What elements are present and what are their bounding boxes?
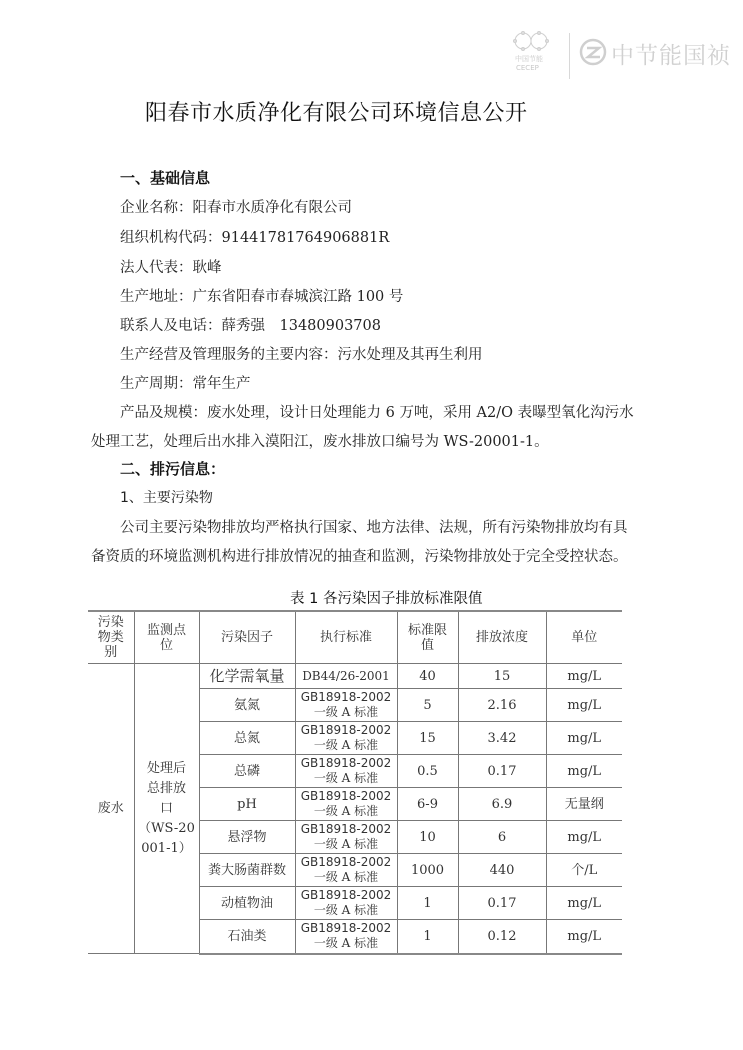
- field-company-name: 企业名称：阳春市水质净化有限公司: [120, 196, 352, 217]
- cell-factor: 动植物油: [199, 887, 295, 920]
- cell-standard: GB18918-2002一级 A 标准: [295, 854, 397, 887]
- cell-factor: 总磷: [199, 755, 295, 788]
- cell-unit: 无量纲: [546, 788, 622, 821]
- field-production-cycle: 生产周期：常年生产: [120, 372, 251, 393]
- cell-concentration: 0.17: [458, 887, 546, 920]
- cell-factor: 石油类: [199, 920, 295, 954]
- cell-unit: mg/L: [546, 722, 622, 755]
- cell-concentration: 440: [458, 854, 546, 887]
- cell-concentration: 2.16: [458, 689, 546, 722]
- cell-limit: 1000: [397, 854, 458, 887]
- field-label: 生产经营及管理服务的主要内容：: [120, 347, 338, 363]
- field-legal-rep: 法人代表：耿峰: [120, 256, 222, 277]
- field-label: 生产周期：: [120, 376, 193, 392]
- field-address: 生产地址：广东省阳春市春城滨江路 100 号: [120, 285, 403, 306]
- cell-factor: 化学需氧量: [199, 664, 295, 689]
- subsection-main-pollutants: 1、主要污染物: [120, 487, 213, 507]
- field-label: 组织机构代码：: [120, 230, 222, 246]
- cell-standard: GB18918-2002一级 A 标准: [295, 722, 397, 755]
- cell-location: 处理后 总排放 口 （WS-20 001-1）: [134, 664, 199, 954]
- cell-concentration: 6.9: [458, 788, 546, 821]
- field-value: 91441781764906881R: [222, 230, 390, 246]
- cell-concentration: 0.17: [458, 755, 546, 788]
- cell-limit: 1: [397, 887, 458, 920]
- field-contact: 联系人及电话：薛秀强 13480903708: [120, 314, 381, 335]
- cell-factor: 氨氮: [199, 689, 295, 722]
- cell-standard: GB18918-2002一级 A 标准: [295, 920, 397, 954]
- cell-factor: pH: [199, 788, 295, 821]
- cell-unit: mg/L: [546, 920, 622, 954]
- header-standard: 执行标准: [295, 611, 397, 664]
- section-basic-info-heading: 一、基础信息: [120, 167, 210, 188]
- cell-concentration: 15: [458, 664, 546, 689]
- table-caption: 表 1 各污染因子排放标准限值: [290, 587, 482, 608]
- cecep-rings-icon: [513, 30, 553, 52]
- header-limit: 标准限 值: [397, 611, 458, 664]
- field-label: 法人代表：: [120, 260, 193, 276]
- cell-factor: 粪大肠菌群数: [199, 854, 295, 887]
- cell-limit: 15: [397, 722, 458, 755]
- field-label: 企业名称：: [120, 200, 193, 216]
- table-header-row: 污染 物类 别 监测点 位 污染因子 执行标准 标准限 值 排放浓度 单位: [88, 611, 622, 664]
- cell-unit: mg/L: [546, 887, 622, 920]
- brand-name: 中节能国祯: [611, 37, 731, 70]
- cell-unit: 个/L: [546, 854, 622, 887]
- field-value: 薛秀强 13480903708: [222, 318, 381, 334]
- logo-cn-small: 中国节能: [515, 54, 543, 64]
- cell-standard: GB18918-2002一级 A 标准: [295, 887, 397, 920]
- table-row: 废水 处理后 总排放 口 （WS-20 001-1） 化学需氧量 DB44/26…: [88, 664, 622, 689]
- cell-limit: 5: [397, 689, 458, 722]
- cell-standard: GB18918-2002一级 A 标准: [295, 788, 397, 821]
- cell-limit: 0.5: [397, 755, 458, 788]
- watermark-logo: 中国节能 CECEP 中节能国祯: [513, 30, 733, 80]
- brand-z-icon: [579, 38, 607, 66]
- cell-concentration: 3.42: [458, 722, 546, 755]
- cell-limit: 6-9: [397, 788, 458, 821]
- cell-category: 废水: [88, 664, 134, 954]
- scale-line-1: 产品及规模：废水处理，设计日处理能力 6 万吨，采用 A2/O 表曝型氧化沟污水: [120, 401, 634, 422]
- header-unit: 单位: [546, 611, 622, 664]
- logo-divider: [569, 33, 570, 79]
- cell-standard: GB18918-2002一级 A 标准: [295, 821, 397, 854]
- emission-standards-table: 污染 物类 别 监测点 位 污染因子 执行标准 标准限 值 排放浓度 单位 废水…: [88, 610, 622, 955]
- cell-limit: 10: [397, 821, 458, 854]
- cell-standard: GB18918-2002一级 A 标准: [295, 755, 397, 788]
- cell-factor: 总氮: [199, 722, 295, 755]
- cell-factor: 悬浮物: [199, 821, 295, 854]
- field-label: 生产地址：: [120, 289, 193, 305]
- emission-para-line-1: 公司主要污染物排放均严格执行国家、地方法律、法规，所有污染物排放均有具: [120, 516, 628, 537]
- field-value: 耿峰: [193, 260, 222, 276]
- section-emission-heading: 二、排污信息：: [120, 458, 225, 479]
- field-business-scope: 生产经营及管理服务的主要内容：污水处理及其再生利用: [120, 343, 483, 364]
- field-value: 污水处理及其再生利用: [338, 347, 483, 363]
- cell-unit: mg/L: [546, 755, 622, 788]
- cell-unit: mg/L: [546, 821, 622, 854]
- header-location: 监测点 位: [134, 611, 199, 664]
- header-category: 污染 物类 别: [88, 611, 134, 664]
- field-org-code: 组织机构代码：91441781764906881R: [120, 226, 389, 247]
- logo-en-small: CECEP: [516, 64, 539, 72]
- cell-concentration: 6: [458, 821, 546, 854]
- document-title: 阳春市水质净化有限公司环境信息公开: [145, 96, 528, 127]
- field-value: 常年生产: [193, 376, 251, 392]
- cell-standard: DB44/26-2001: [295, 664, 397, 689]
- cell-unit: mg/L: [546, 664, 622, 689]
- header-concentration: 排放浓度: [458, 611, 546, 664]
- header-factor: 污染因子: [199, 611, 295, 664]
- cell-limit: 1: [397, 920, 458, 954]
- cell-unit: mg/L: [546, 689, 622, 722]
- field-value: 广东省阳春市春城滨江路 100 号: [193, 289, 404, 305]
- cell-concentration: 0.12: [458, 920, 546, 954]
- emission-para-line-2: 备资质的环境监测机构进行排放情况的抽查和监测，污染物排放处于完全受控状态。: [91, 545, 628, 566]
- scale-line-2: 处理工艺，处理后出水排入漠阳江，废水排放口编号为 WS-20001-1。: [91, 430, 549, 451]
- field-label: 联系人及电话：: [120, 318, 222, 334]
- field-value: 阳春市水质净化有限公司: [193, 200, 353, 216]
- cell-standard: GB18918-2002一级 A 标准: [295, 689, 397, 722]
- cell-limit: 40: [397, 664, 458, 689]
